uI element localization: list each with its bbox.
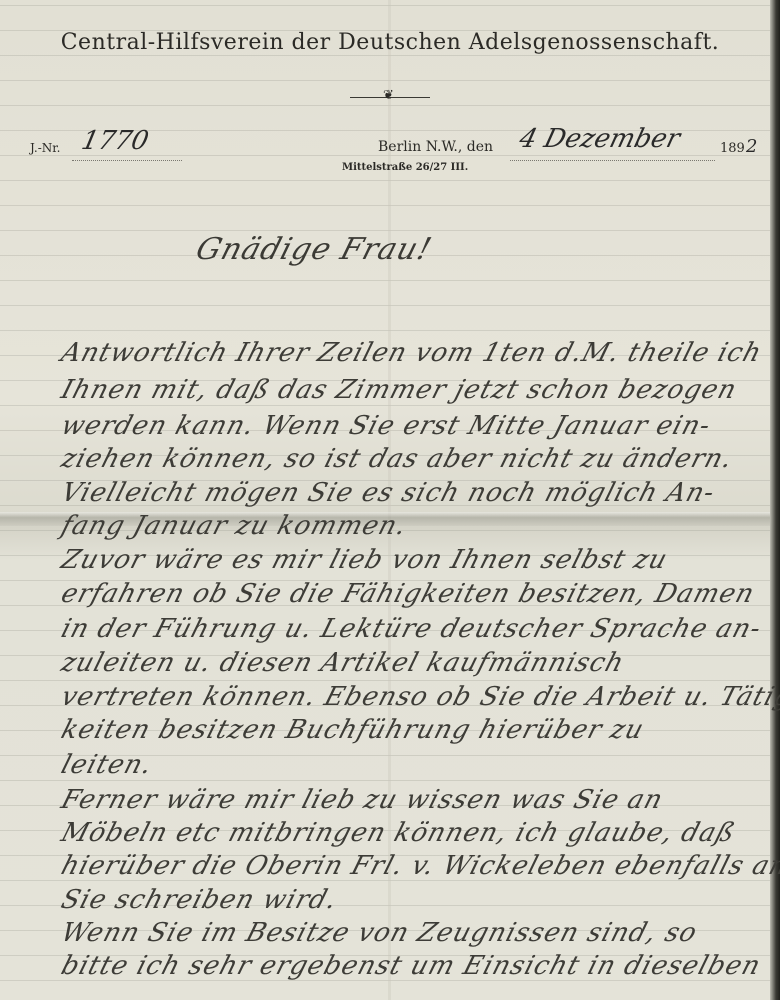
body-line: vertreten können. Ebenso ob Sie die Arbe… [58,684,780,710]
fleuron-icon: ❦ [383,88,394,103]
body-line: Ihnen mit, daß das Zimmer jetzt schon be… [58,377,740,403]
reference-dotted-line [72,160,182,161]
body-line: in der Führung u. Lektüre deutscher Spra… [58,616,764,642]
reference-label: J.-Nr. [30,141,60,155]
body-line: ziehen können, so ist das aber nicht zu … [58,446,736,472]
dateline-place: Berlin N.W., den [378,139,493,155]
reference-number: 1770 [79,126,152,156]
body-line: bitte ich sehr ergebenst um Einsicht in … [58,953,764,979]
body-line: werden kann. Wenn Sie erst Mitte Januar … [58,413,714,439]
salutation: Gnädige Frau! [192,232,436,267]
letterhead-title: Central-Hilfsverein der Deutschen Adelsg… [0,30,780,55]
year-printed: 189 [720,141,745,156]
year-handwritten: 2 [746,136,757,157]
date-day-month: 4 Dezember [516,124,683,154]
body-line: Wenn Sie im Besitze von Zeugnissen sind,… [58,920,700,946]
body-line: hierüber die Oberin Frl. v. Wickeleben e… [58,853,780,879]
body-line: Sie schreiben wird. [58,887,340,913]
body-line: Ferner wäre mir lieb zu wissen was Sie a… [58,787,666,813]
sender-address: Mittelstraße 26/27 III. [342,162,468,173]
letterhead-ornament: ❦ [350,92,430,104]
body-line: Möbeln etc mitbringen können, ich glaube… [58,820,738,846]
body-line: leiten. [58,752,155,778]
body-line: Vielleicht mögen Sie es sich noch möglic… [58,480,718,506]
body-line: fang Januar zu kommen. [58,513,410,539]
body-line: keiten besitzen Buchführung hierüber zu [58,717,647,743]
body-line: Antwortlich Ihrer Zeilen vom 1ten d.M. t… [58,340,765,366]
date-dotted-line [510,160,715,161]
body-line: Zuvor wäre es mir lieb von Ihnen selbst … [58,547,670,573]
body-line: zuleiten u. diesen Artikel kaufmännisch [58,650,627,676]
body-line: erfahren ob Sie die Fähigkeiten besitzen… [58,581,757,607]
page-edge-shadow [770,0,780,1000]
